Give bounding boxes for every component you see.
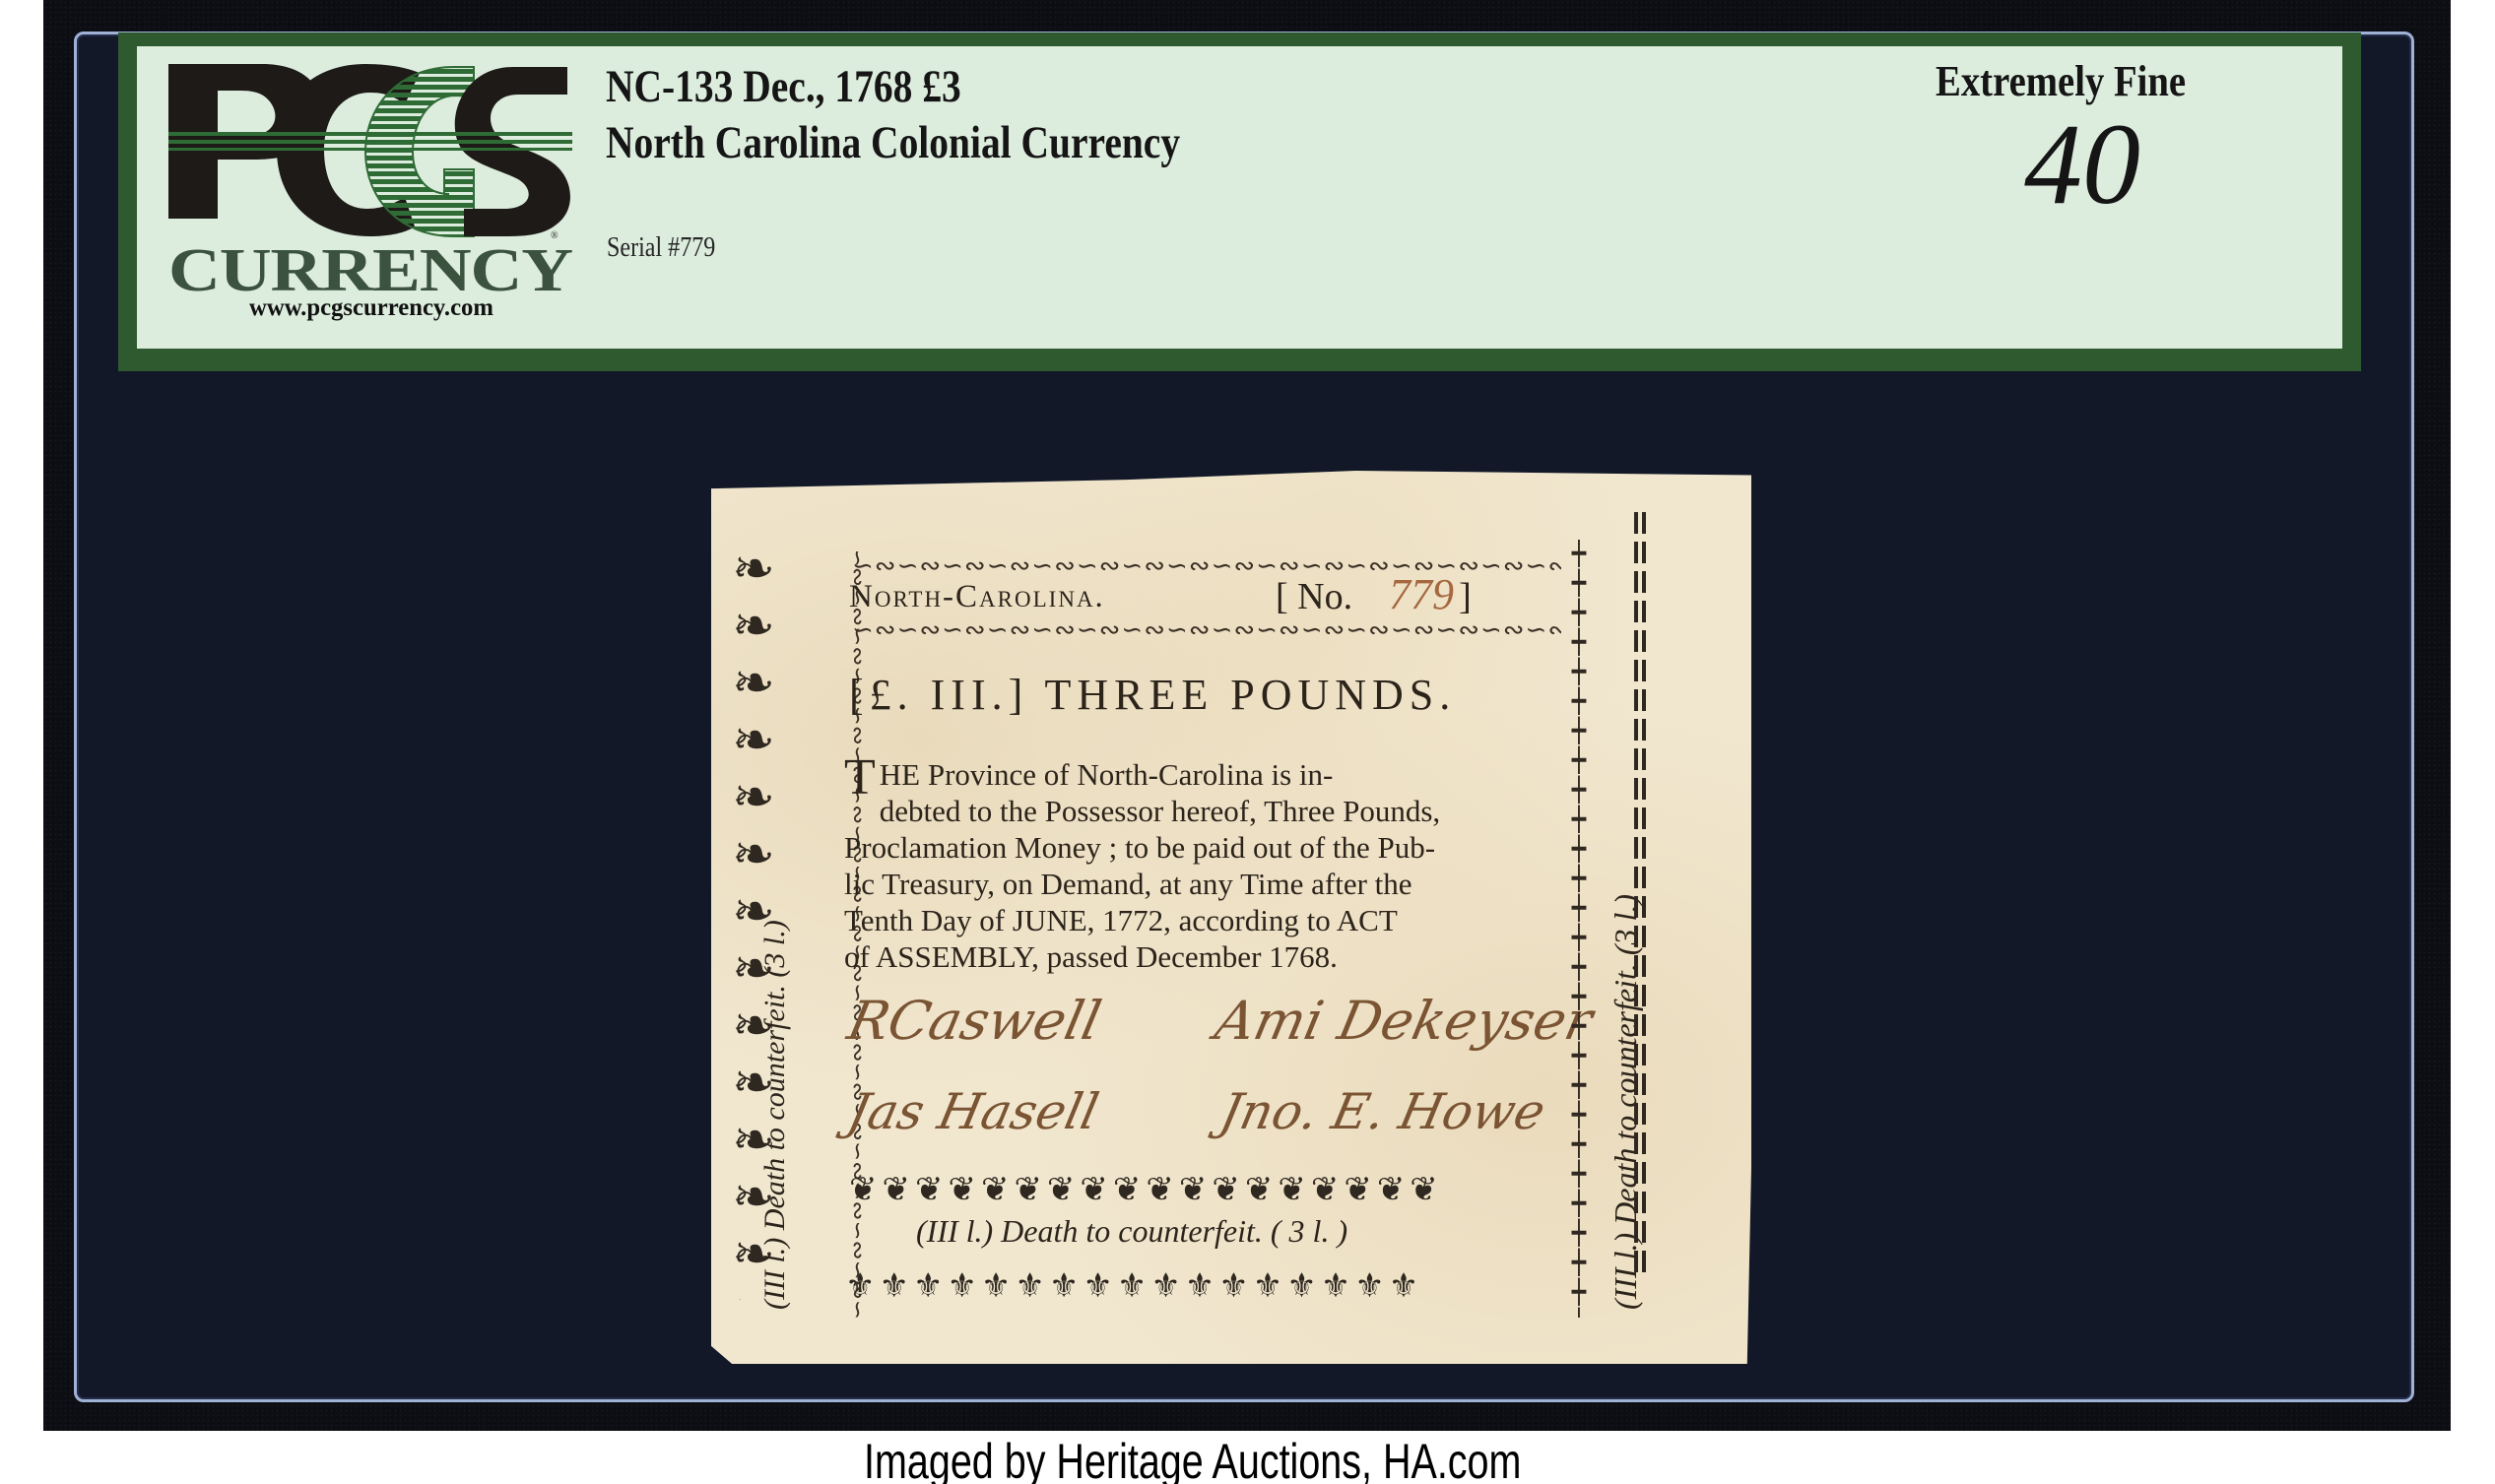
label-serial: Serial #779: [607, 232, 715, 264]
label-title-catalog: NC-133 Dec., 1768 £3: [606, 64, 961, 110]
label-title-description: North Carolina Colonial Currency: [606, 120, 1180, 166]
signature-4: Jno. E. Howe: [1215, 1083, 1550, 1140]
right-double-rule: [1634, 512, 1646, 1275]
flower-ornament-row: ❦❦❦❦❦❦❦❦❦❦❦❦❦❦❦❦❦❦: [849, 1170, 1568, 1209]
body-line: lic Treasury, on Demand, at any Time aft…: [844, 866, 1583, 902]
right-cross-ornament-column: ┿┿┿┿┿┿┿┿┿┿┿┿┿┿┿┿┿┿┿┿┿┿┿┿┿┿┿: [1568, 540, 1590, 1318]
grade-number: 40: [2024, 106, 2140, 223]
signature-3: Jas Hasell: [843, 1083, 1103, 1140]
handwritten-serial: 779: [1389, 569, 1454, 619]
left-side-warning: (III l.) Death to counterfeit. (3 l.): [758, 920, 792, 1310]
signature-1: RCaswell: [842, 990, 1106, 1052]
middle-ornament-row: ∽∾∽∾∽∾∽∾∽∾∽∾∽∾∽∾∽∾∽∾∽∾∽∾∽∾∽∾∽∾∽∾∽∾∽∾∽∾∽∾…: [852, 615, 1561, 645]
denomination-line: [£. III.] THREE POUNDS.: [849, 670, 1456, 720]
body-line: debted to the Possessor hereof, Three Po…: [844, 793, 1583, 829]
note-heading: North-Carolina.: [849, 579, 1105, 615]
note-body-text: T HE Province of North-Carolina is in- d…: [844, 756, 1583, 975]
pcgs-currency-logo: ® CURRENCY www.pcgscurrency.com: [168, 61, 582, 322]
svg-text:www.pcgscurrency.com: www.pcgscurrency.com: [249, 294, 493, 321]
body-line: HE Province of North-Carolina is in-: [844, 756, 1583, 793]
body-line: of ASSEMBLY, passed December 1768.: [844, 938, 1583, 975]
signature-2: Ami Dekeyser: [1210, 990, 1598, 1052]
body-line: Proclamation Money ; to be paid out of t…: [844, 829, 1583, 866]
serial-label-text: [ No.: [1276, 576, 1352, 617]
bottom-warning: (III l.) Death to counterfeit. ( 3 l. ): [916, 1213, 1347, 1250]
body-line: Tenth Day of JUNE, 1772, according to AC…: [844, 902, 1583, 938]
serial-close-bracket: ]: [1459, 576, 1472, 617]
fleur-ornament-row: ⚜⚜⚜⚜⚜⚜⚜⚜⚜⚜⚜⚜⚜⚜⚜⚜⚜: [845, 1266, 1574, 1306]
drop-cap: T: [844, 756, 876, 800]
image-credit-caption: Imaged by Heritage Auctions, HA.com: [864, 1433, 1521, 1484]
pcgs-logo-icon: ® CURRENCY www.pcgscurrency.com: [168, 61, 582, 322]
